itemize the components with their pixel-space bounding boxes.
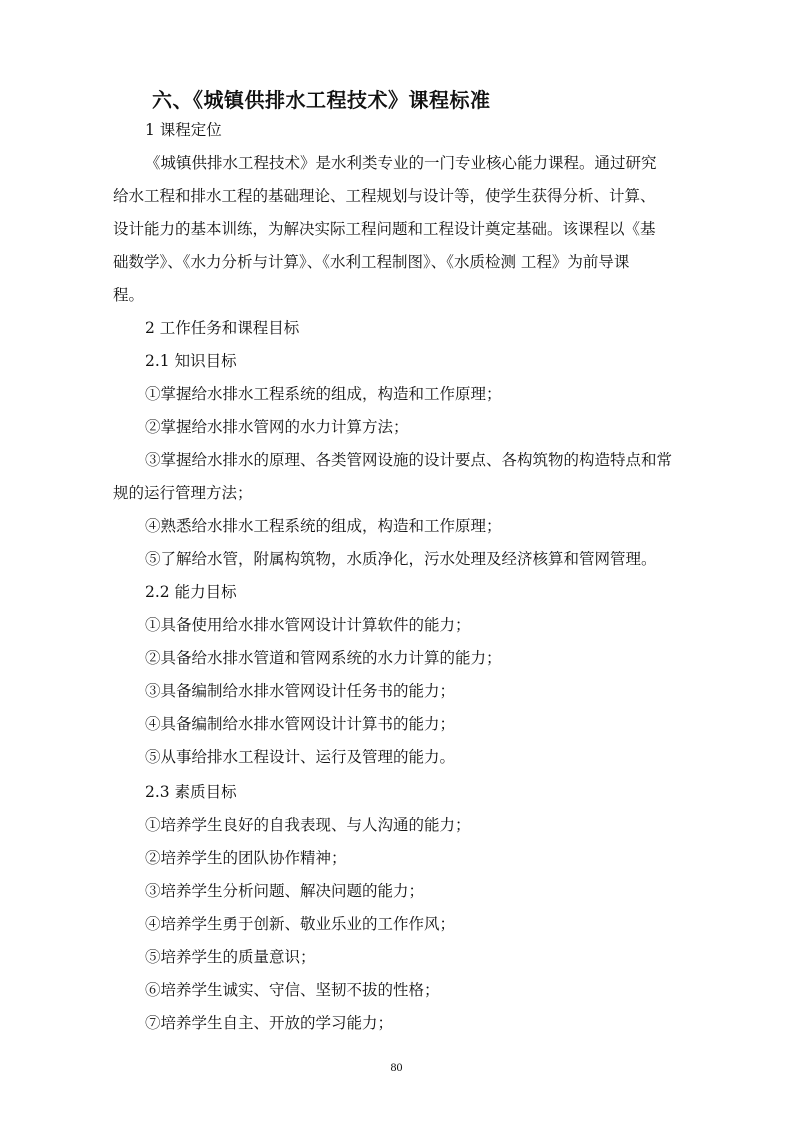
section-heading: 1 课程定位 <box>145 120 222 140</box>
list-item: ②掌握给水排水管网的水力计算方法； <box>145 417 409 437</box>
list-item: ⑤从事给排水工程设计、运行及管理的能力。 <box>145 747 455 767</box>
subsection-heading: 2.3 素质目标 <box>145 782 237 802</box>
list-item: ③掌握给水排水的原理、各类管网设施的设计要点、各构筑物的构造特点和常 <box>145 450 672 470</box>
list-item: ①掌握给水排水工程系统的组成，构造和工作原理； <box>145 384 502 404</box>
list-item: ④熟悉给水排水工程系统的组成，构造和工作原理； <box>145 516 502 536</box>
paragraph-line: 程。 <box>113 285 144 305</box>
list-item: ③具备编制给水排水管网设计任务书的能力； <box>145 681 455 701</box>
paragraph-line: 《城镇供排水工程技术》是水利类专业的一门专业核心能力课程。通过研究 <box>145 153 657 173</box>
list-item: ⑥培养学生诚实、守信、坚韧不拔的性格； <box>145 980 440 1000</box>
list-item: ①培养学生良好的自我表现、与人沟通的能力； <box>145 815 471 835</box>
paragraph-line: 设计能力的基本训练，为解决实际工程问题和工程设计奠定基础。该课程以《基 <box>113 219 656 239</box>
list-item: ⑤了解给水管，附属构筑物，水质净化，污水处理及经济核算和管网管理。 <box>145 549 657 569</box>
page-number: 80 <box>0 1060 793 1075</box>
section-heading: 2 工作任务和课程目标 <box>145 318 299 338</box>
paragraph-line: 础数学》、《水力分析与计算》、《水利工程制图》、《水质检测 工程》为前导课 <box>113 252 629 272</box>
list-item: ②具备给水排水管道和管网系统的水力计算的能力； <box>145 648 502 668</box>
subsection-heading: 2.2 能力目标 <box>145 582 237 602</box>
list-item: ⑤培养学生的质量意识； <box>145 947 316 967</box>
list-item: ⑦培养学生自主、开放的学习能力； <box>145 1013 393 1033</box>
document-page: 六、《城镇供排水工程技术》课程标准 1 课程定位 《城镇供排水工程技术》是水利类… <box>0 0 793 1122</box>
list-item-cont: 规的运行管理方法； <box>113 483 253 503</box>
page-title: 六、《城镇供排水工程技术》课程标准 <box>152 84 491 113</box>
list-item: ④具备编制给水排水管网设计计算书的能力； <box>145 714 455 734</box>
list-item: ④培养学生勇于创新、敬业乐业的工作作风； <box>145 914 455 934</box>
list-item: ③培养学生分析问题、解决问题的能力； <box>145 881 424 901</box>
list-item: ②培养学生的团队协作精神； <box>145 848 347 868</box>
list-item: ①具备使用给水排水管网设计计算软件的能力； <box>145 615 471 635</box>
paragraph-line: 给水工程和排水工程的基础理论、工程规划与设计等，使学生获得分析、计算、 <box>113 186 656 206</box>
subsection-heading: 2.1 知识目标 <box>145 351 237 371</box>
